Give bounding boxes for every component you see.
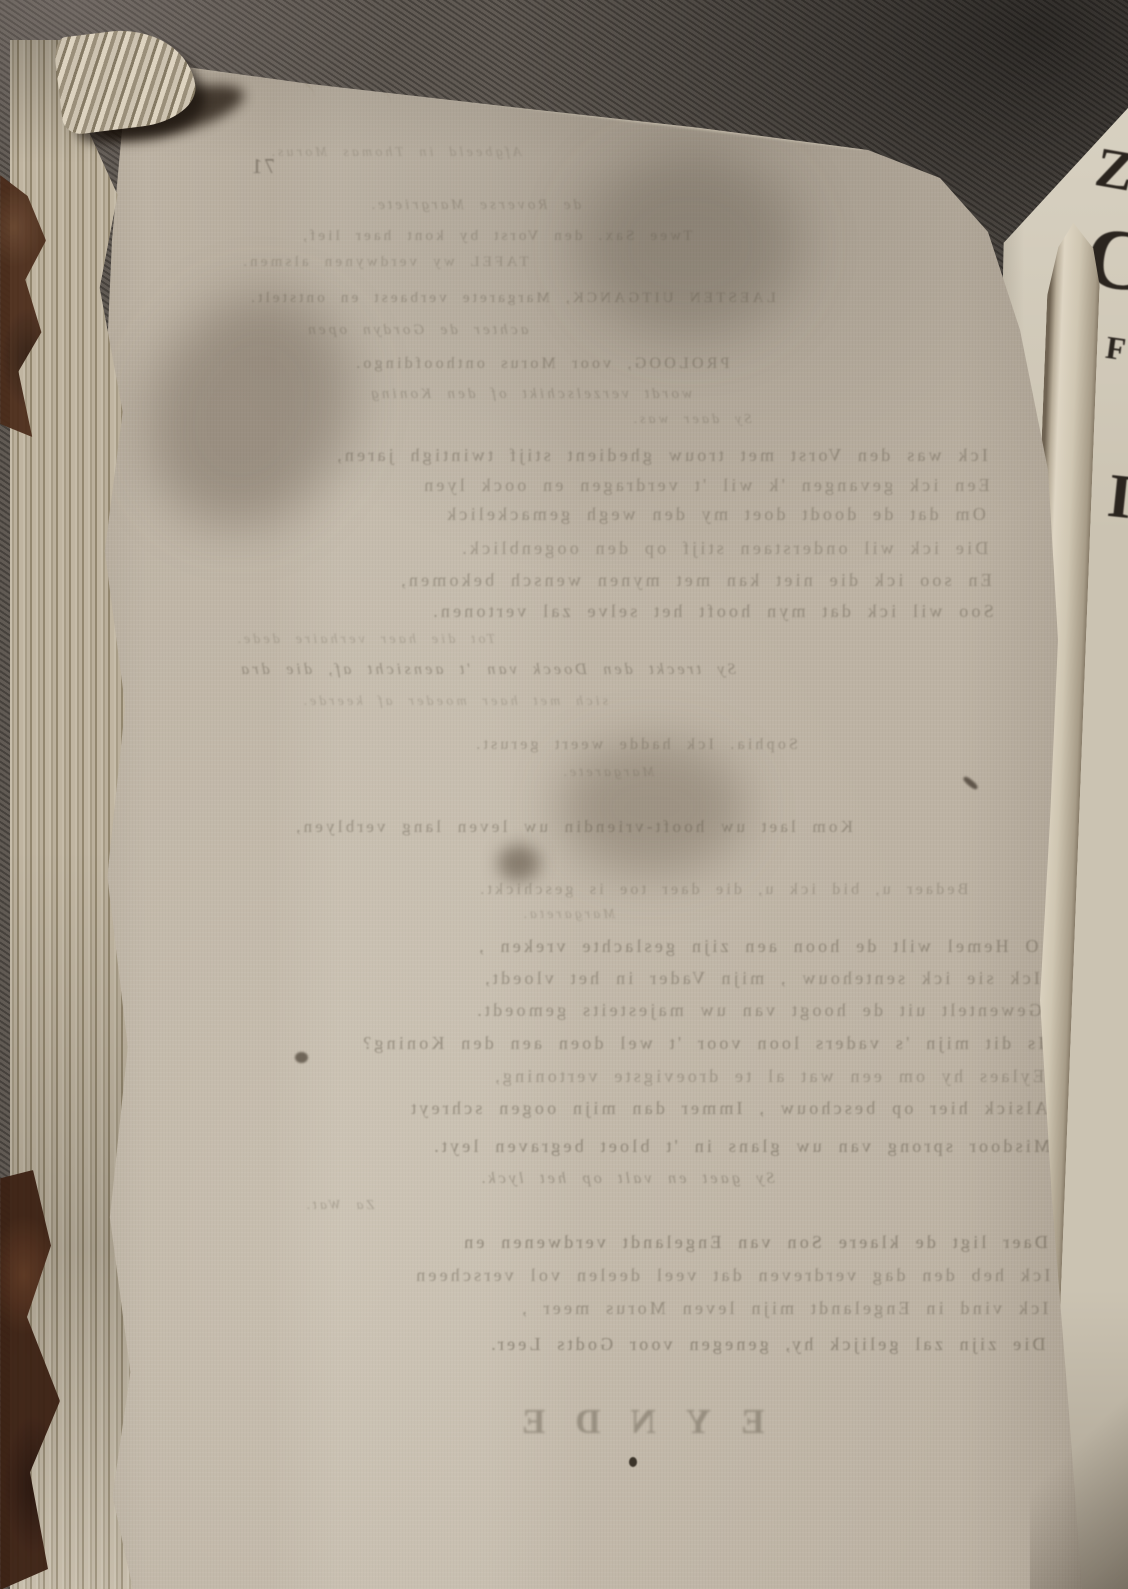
ghost-text-line: Een ick gevangen 'k wil 't verdragen en … bbox=[421, 476, 990, 494]
ink-spot bbox=[962, 775, 979, 791]
ghost-text-line: Za Wat. bbox=[303, 1199, 374, 1213]
ghost-text-line: Die ick wil onderstaen stijf op den ooge… bbox=[459, 539, 988, 557]
ink-spot bbox=[629, 1457, 637, 1467]
ghost-text-line: PROLOOG, voor Morus onthoofdingo. bbox=[353, 356, 730, 372]
ghost-text-line: En soo ick die niet kan met mynen wensch… bbox=[398, 571, 992, 589]
ghost-text-line: de Roverse Margriete. bbox=[368, 198, 581, 213]
printed-letter-fragment: I bbox=[1105, 465, 1128, 529]
ghost-text-line: Daer ligt de klaere Son van Engelandt ve… bbox=[461, 1233, 1048, 1251]
ghost-text-line: Sophia. Ick hadde weert gerust. bbox=[473, 737, 798, 753]
ghost-text-line: Kom laet uw hooft-vriendin uw leven lang… bbox=[293, 818, 853, 835]
ghost-text-line: Soo wil ick dat myn hooft het selve zal … bbox=[430, 602, 994, 620]
ghost-text-line: Misdoor sprong van uw glans in 't bloet … bbox=[431, 1137, 1050, 1155]
ghost-text-line: wordt verzelschikt of den Koning bbox=[368, 387, 692, 402]
ghost-text-line: achter de Gordyn open bbox=[305, 323, 528, 338]
ghost-text-line: Margareta. bbox=[520, 908, 615, 922]
ghost-text-line: Ick vind in Engelandt mijn leven Morus m… bbox=[519, 1299, 1048, 1317]
ghost-text-line: Ick sie ick sentehouw , mijn Vader in he… bbox=[482, 969, 1040, 987]
ghost-text-line: Eylaes hy om een wat al te droevigste ve… bbox=[492, 1067, 1044, 1085]
ghost-text-line: sich met haer moeder af keerde. bbox=[300, 695, 608, 709]
ghost-text-line: Ick heb den dag verdreven dat veel deele… bbox=[413, 1266, 1050, 1284]
end-mark: EYNDE bbox=[492, 1402, 765, 1442]
ink-spot bbox=[976, 206, 985, 215]
ghost-text-line: O Hemel wilt de hoon aen zijn geslachte … bbox=[476, 937, 1038, 955]
printed-letter-fragment: Z bbox=[1091, 139, 1128, 201]
book-page: 71 Afgbeeld in Thomas Morus.de Roverse M… bbox=[0, 0, 1128, 1589]
ghost-text-line: Afgbeeld in Thomas Morus. bbox=[268, 146, 522, 160]
paper-stain bbox=[498, 845, 540, 881]
ghost-text-line: Sy treckt den Doeck van 't aensicht af, … bbox=[238, 662, 736, 678]
ghost-text-line: Margarete. bbox=[560, 766, 654, 780]
paper-shadow-smudge bbox=[580, 150, 800, 340]
ghost-text-line: Die zijn zal gelijck hy, genegen voor Go… bbox=[488, 1335, 1046, 1353]
ghost-text-line: Sy daer was. bbox=[630, 413, 752, 427]
ghost-text-line: Tot die haer verhaire dede. bbox=[234, 633, 495, 647]
ghost-text-line: Gewentelt uit de hoogt van uw majesteits… bbox=[474, 1001, 1042, 1019]
ghost-text-line: TAFEL wy verdwynen alsmen. bbox=[240, 255, 529, 270]
ink-spot bbox=[295, 1052, 308, 1063]
ghost-text-line: Twee Sax. den Vorst by kont haer lief, bbox=[300, 229, 692, 244]
paper-shadow-smudge bbox=[560, 740, 745, 875]
ghost-text-line: Alsick hier op beschouw , Immer dan mijn… bbox=[408, 1099, 1048, 1117]
printed-letter-fragment: F bbox=[1104, 331, 1128, 365]
ghost-text-line: Sy gaet en valt op het lyck. bbox=[478, 1171, 775, 1187]
ghost-text-line: Om dat de doodt doet my den wegh gemacke… bbox=[444, 505, 986, 523]
ghost-text-line: Ick was den Vorst met trouw ghedient sti… bbox=[334, 446, 988, 464]
page-top-edge-highlight bbox=[149, 56, 864, 150]
ghost-text-line: Is dit mijn 's vaders loon voor 't wel d… bbox=[360, 1034, 1044, 1052]
ghost-text-line: LAESTEN UITGANCK, Margarete verbaest en … bbox=[248, 291, 776, 306]
ghost-text-line: Bedaer u, bid ick u, die daer toe is ges… bbox=[477, 882, 968, 898]
book-photo: ZCFI 71 Afgbeeld in Thomas Morus.de Rove… bbox=[0, 0, 1128, 1589]
